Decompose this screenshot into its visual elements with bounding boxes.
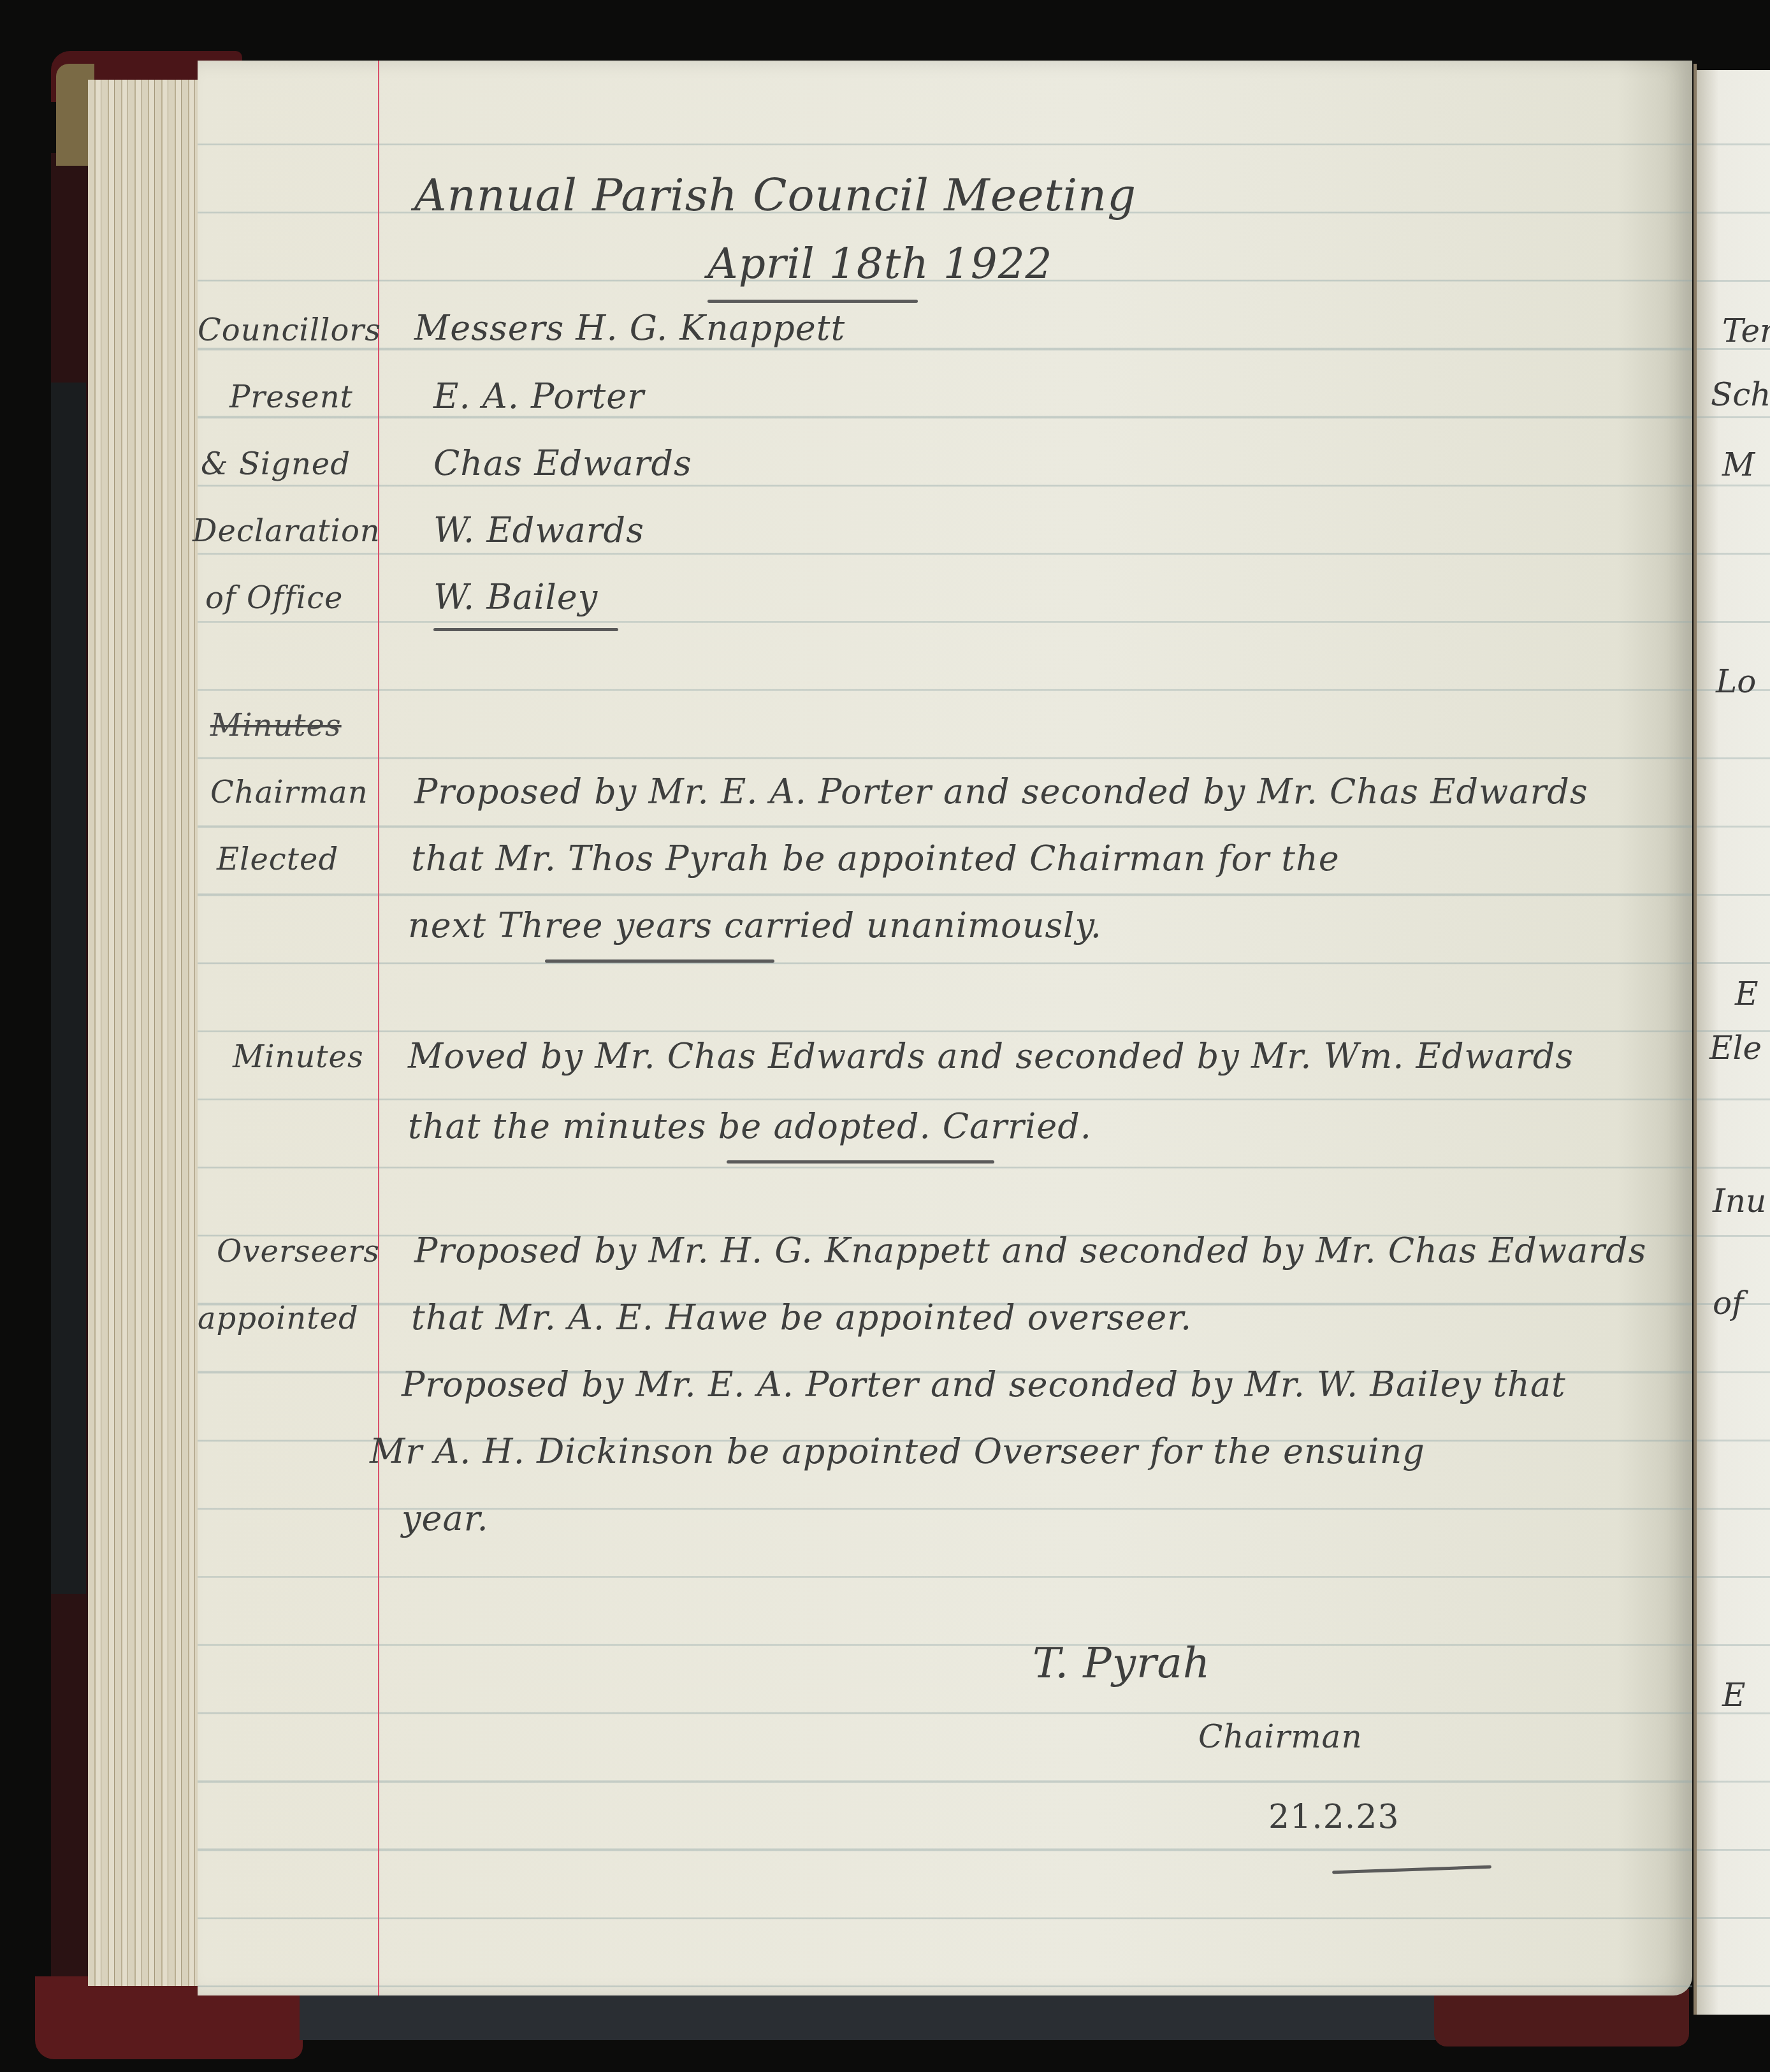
minutes-adopted-underline — [727, 1160, 994, 1164]
margin-label: Present — [229, 379, 353, 415]
chairman-signature: T. Pyrah — [1033, 1638, 1210, 1688]
councillor-name: W. Bailey — [433, 577, 598, 617]
red-margin-rule — [378, 61, 379, 1995]
minute-line: that the minutes be adopted. Carried. — [408, 1106, 1092, 1146]
minute-line: Proposed by Mr. E. A. Porter and seconde… — [414, 771, 1588, 812]
minute-line: Proposed by Mr. H. G. Knappett and secon… — [414, 1230, 1646, 1271]
margin-label: appointed — [198, 1301, 359, 1336]
facing-fragment: Ten — [1722, 312, 1770, 349]
margin-label: Declaration — [192, 513, 381, 549]
minute-book-page: Annual Parish Council Meeting April 18th… — [198, 61, 1692, 1995]
councillor-name: E. A. Porter — [433, 376, 644, 416]
minute-line: year. — [402, 1498, 489, 1538]
gutter-binding — [1694, 64, 1697, 2015]
margin-label: Councillors — [198, 312, 381, 348]
councillor-name: Chas Edwards — [433, 443, 692, 483]
margin-label: Minutes — [233, 1039, 364, 1075]
leather-corner-bottom-right — [1434, 1989, 1689, 2046]
facing-fragment: Ele — [1709, 1030, 1762, 1067]
stacked-page-edges — [88, 80, 203, 1986]
ruled-lines — [198, 61, 1692, 1995]
facing-fragment: M — [1722, 446, 1755, 483]
three-years-underline — [545, 959, 774, 963]
facing-page: Ten Sch M Lo E Ele Inu of E — [1697, 70, 1770, 2015]
date-underline — [707, 300, 918, 303]
facing-fragment: Inu — [1713, 1183, 1766, 1220]
minute-line: that Mr. Thos Pyrah be appointed Chairma… — [411, 838, 1340, 879]
minute-line: Moved by Mr. Chas Edwards and seconded b… — [408, 1036, 1574, 1076]
facing-fragment: E — [1735, 975, 1759, 1012]
margin-label: Chairman — [210, 775, 368, 810]
minute-line: that Mr. A. E. Hawe be appointed oversee… — [411, 1297, 1192, 1338]
councillor-name: Messers H. G. Knappett — [414, 308, 845, 348]
meeting-date: April 18th 1922 — [707, 239, 1053, 288]
margin-label: Elected — [217, 842, 338, 877]
signature-date: 21.2.23 — [1268, 1798, 1399, 1836]
minute-line: Proposed by Mr. E. A. Porter and seconde… — [402, 1364, 1566, 1404]
cloth-spine — [51, 383, 86, 1594]
minute-line: Mr A. H. Dickinson be appointed Overseer… — [370, 1431, 1425, 1471]
struck-margin-label: Minutes — [210, 708, 342, 743]
names-underline — [433, 628, 618, 631]
meeting-title: Annual Parish Council Meeting — [414, 169, 1136, 221]
facing-fragment: E — [1722, 1677, 1746, 1714]
councillor-name: W. Edwards — [433, 510, 644, 550]
margin-label: Overseers — [217, 1234, 380, 1269]
facing-fragment: Sch — [1711, 376, 1770, 413]
signature-role: Chairman — [1198, 1718, 1363, 1755]
minute-line: next Three years carried unanimously. — [408, 905, 1102, 945]
facing-fragment: Lo — [1716, 663, 1756, 700]
margin-label: & Signed — [201, 446, 351, 482]
facing-fragment: of — [1713, 1285, 1744, 1322]
margin-label: of Office — [205, 580, 343, 616]
